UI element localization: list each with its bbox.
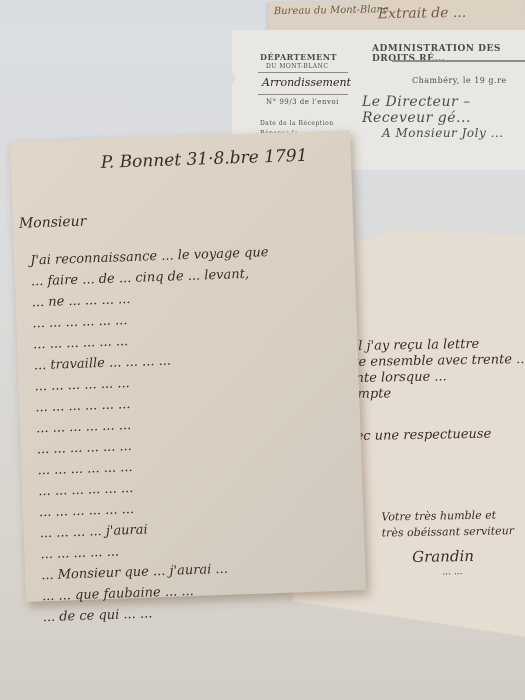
department-sub: DU MONT-BLANC [266, 63, 328, 70]
left-line: ... ... ... ... ... [40, 545, 119, 563]
rule [392, 60, 525, 62]
signature-sub: ... ... [442, 567, 462, 577]
left-line: ... ne ... ... ... ... [31, 292, 130, 310]
rule [258, 72, 348, 73]
signature: Grandin [412, 547, 474, 566]
left-line: ... ... ... ... ... ... [36, 418, 132, 436]
left-line: ... ... ... ... ... ... [39, 502, 135, 520]
envoi-label: N° 99/3 de l'envoi [266, 98, 339, 106]
left-line: ... ... ... ... ... ... [35, 397, 131, 415]
left-line: ... ... ... ... ... ... [33, 334, 129, 352]
left-line: ... ... ... ... ... ... [34, 376, 130, 394]
left-line: ... ... ... ... j'aurai [40, 523, 148, 542]
closing-1: Votre très humble et [381, 509, 496, 524]
left-line: ... de ce qui ... ... [42, 606, 152, 625]
left-line: ... ... ... ... ... ... [32, 313, 128, 331]
place-date: Chambéry, le 19 g.re [412, 76, 507, 85]
addressee: A Monsieur Joly ... [382, 126, 504, 140]
left-line: J'ai reconnaissance ... le voyage que [30, 245, 269, 268]
arrondissement-hw: Arrondissement [262, 76, 351, 89]
letter-header: P. Bonnet 31·8.bre 1791 [101, 146, 308, 173]
left-line: ... faire ... de ... cinq de ... levant, [31, 267, 250, 290]
director-line: Le Directeur – Receveur gé... [362, 94, 525, 126]
left-line: ... ... que faubaine ... ... [42, 584, 194, 604]
rule [258, 94, 348, 95]
strip-right-text: Extrait de ... [378, 5, 467, 23]
left-line: ... travaille ... ... ... ... [34, 354, 172, 374]
salutation: Monsieur [19, 213, 87, 231]
left-line: ... Monsieur que ... j'aurai ... [41, 562, 228, 584]
left-line: ... ... ... ... ... ... [37, 439, 133, 457]
reception-label: Date de la Réception [260, 120, 334, 127]
department-heading: DÉPARTEMENT [260, 52, 337, 62]
left-line: ... ... ... ... ... ... [38, 481, 134, 499]
strip-left-text: Bureau du Mont-Blanc [274, 4, 389, 17]
left-letter: P. Bonnet 31·8.bre 1791 Monsieur J'ai re… [10, 130, 366, 602]
closing-2: très obéissant serviteur [382, 524, 515, 539]
left-line: ... ... ... ... ... ... [37, 460, 133, 478]
